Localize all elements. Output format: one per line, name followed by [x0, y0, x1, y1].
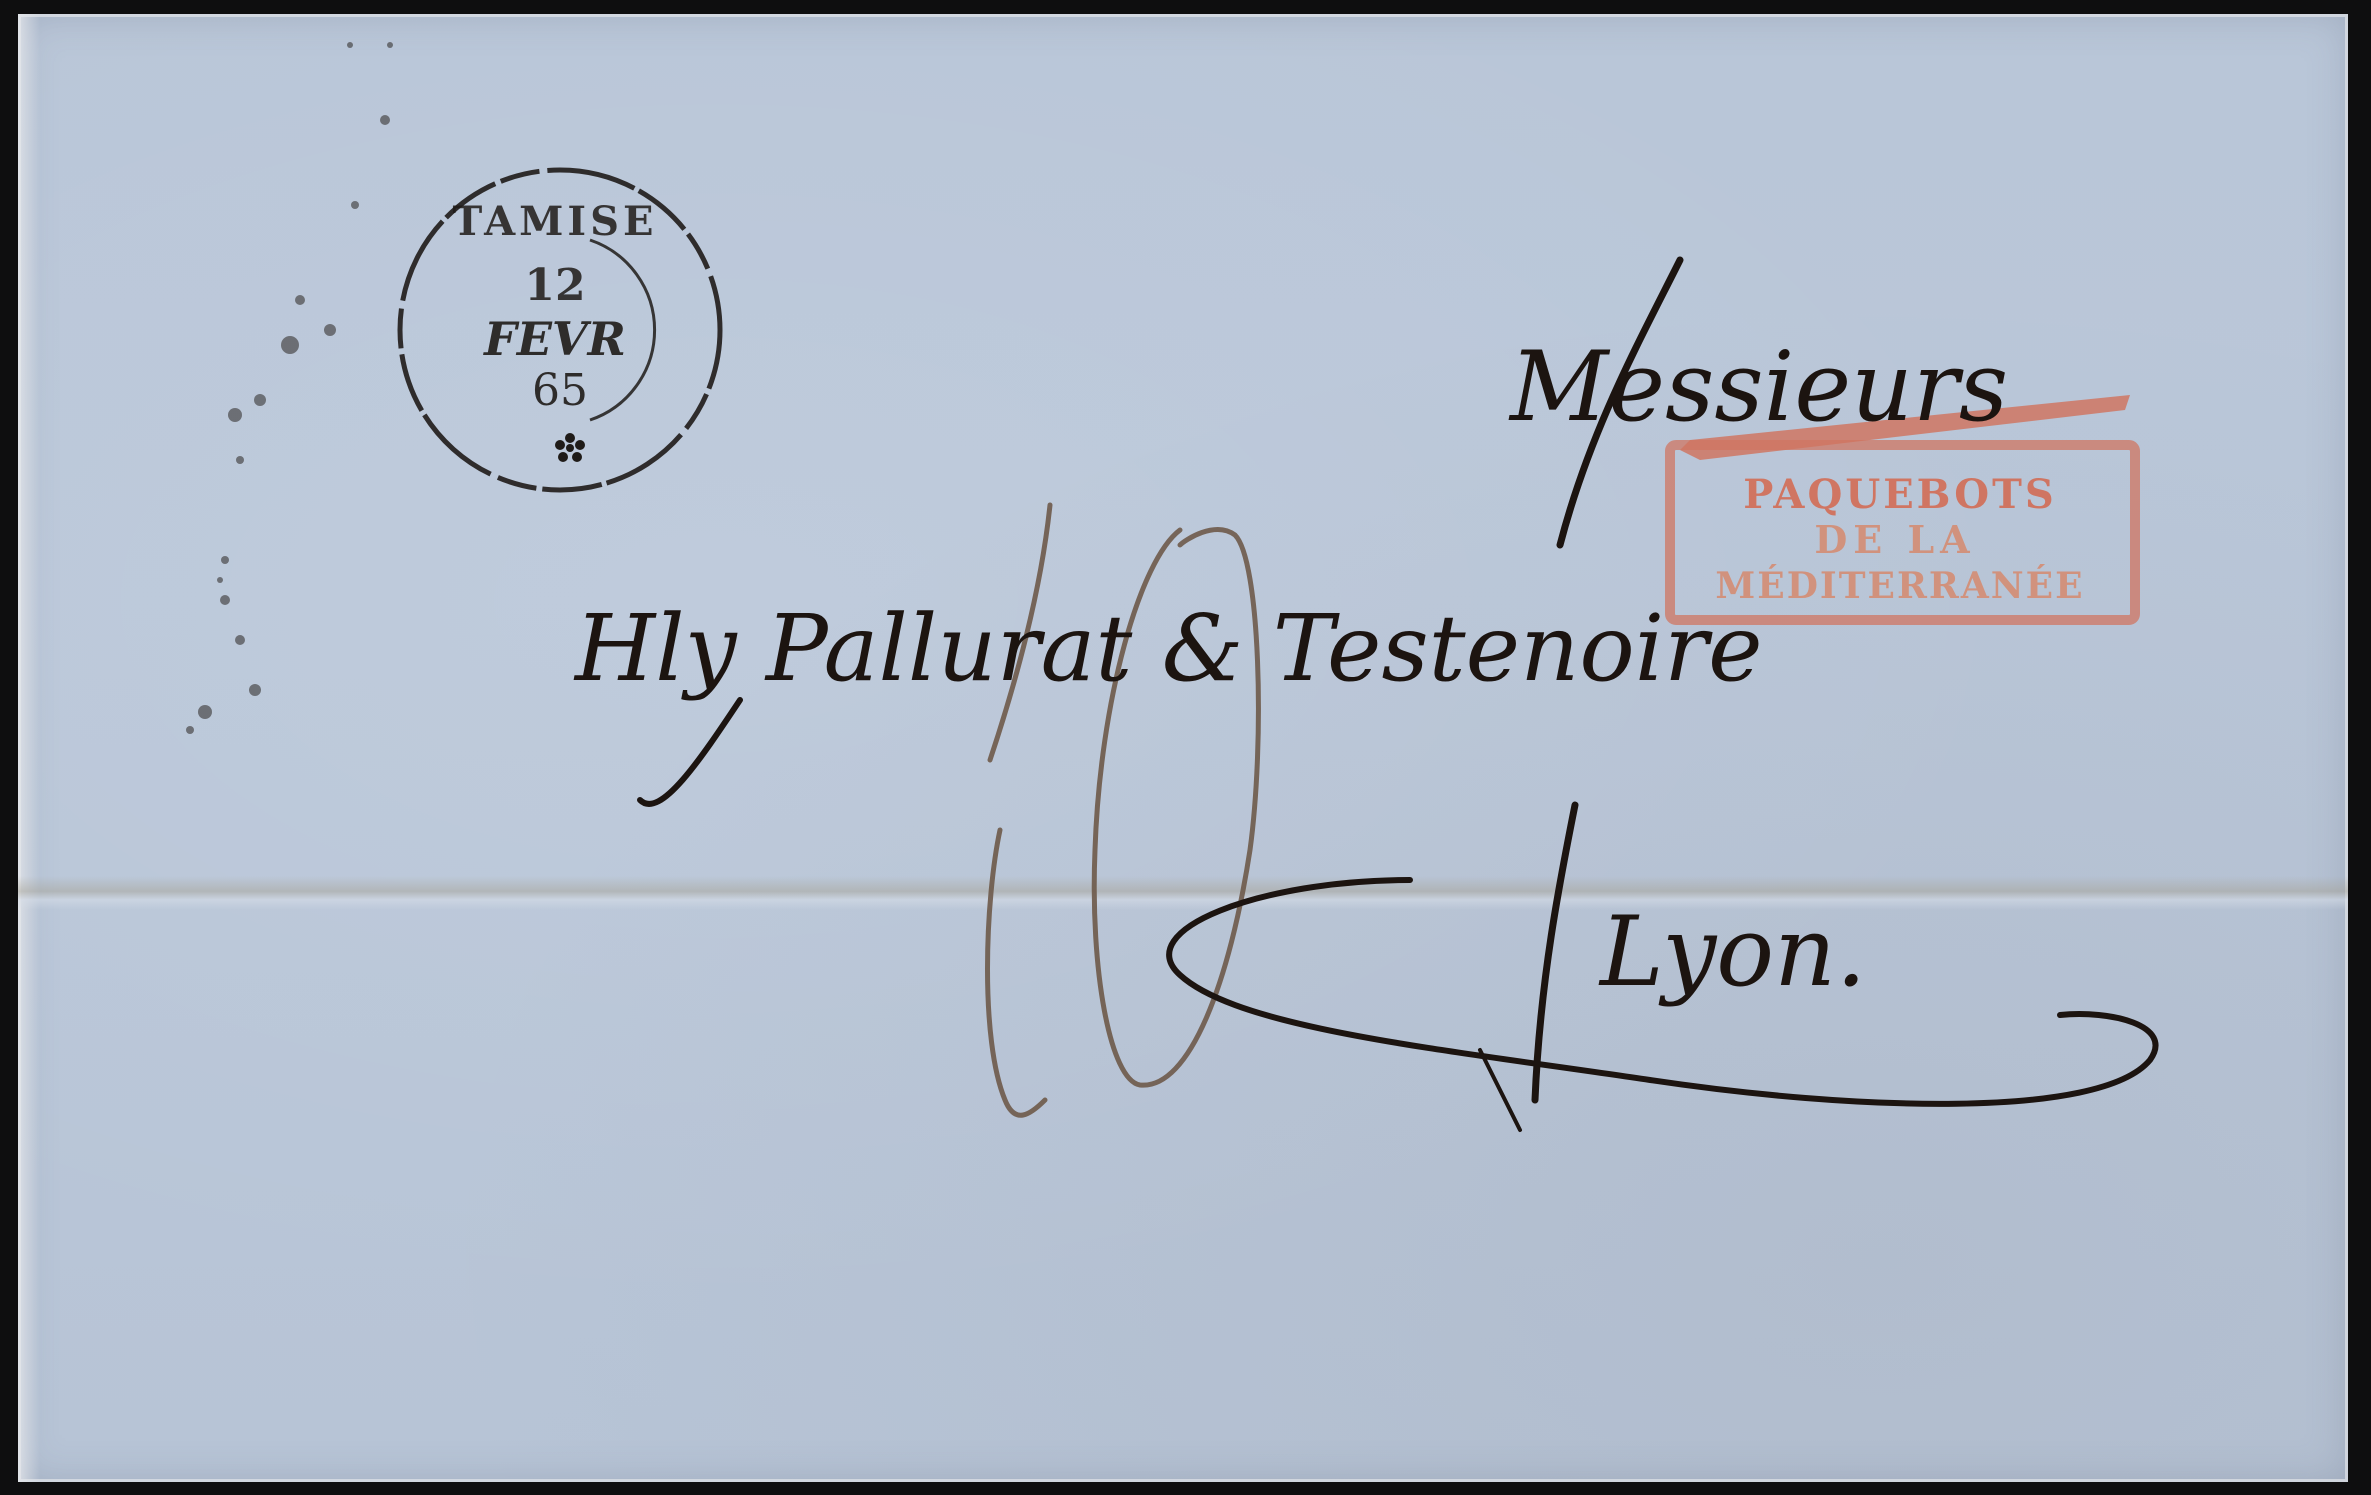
paquebots-line1: PAQUEBOTS — [1743, 471, 2056, 518]
datestamp-town: TAMISE — [453, 198, 658, 245]
faint-postmark-traces — [186, 42, 393, 734]
paquebots-line2: DE LA — [1814, 517, 1975, 562]
datestamp-day: 12 — [524, 260, 585, 311]
flower-ornament-icon — [555, 433, 585, 462]
address-addressee: Hly Pallurat & Testenoire — [573, 595, 1763, 702]
datestamp-year: 65 — [532, 365, 588, 416]
manuscript-address: Messieurs Hly Pallurat & Testenoire Lyon… — [573, 331, 2008, 1008]
tamise-datestamp: TAMISE 12 FEVR 65 — [400, 170, 720, 490]
address-city: Lyon. — [1598, 896, 1866, 1008]
paquebots-line3: MÉDITERRANÉE — [1715, 565, 2084, 607]
datestamp-month: FEVR — [482, 312, 626, 366]
address-salutation: Messieurs — [1508, 331, 2008, 443]
markings-layer: TAMISE 12 FEVR 65 PAQUEBOTS DE LA MÉDITE… — [0, 0, 2371, 1495]
